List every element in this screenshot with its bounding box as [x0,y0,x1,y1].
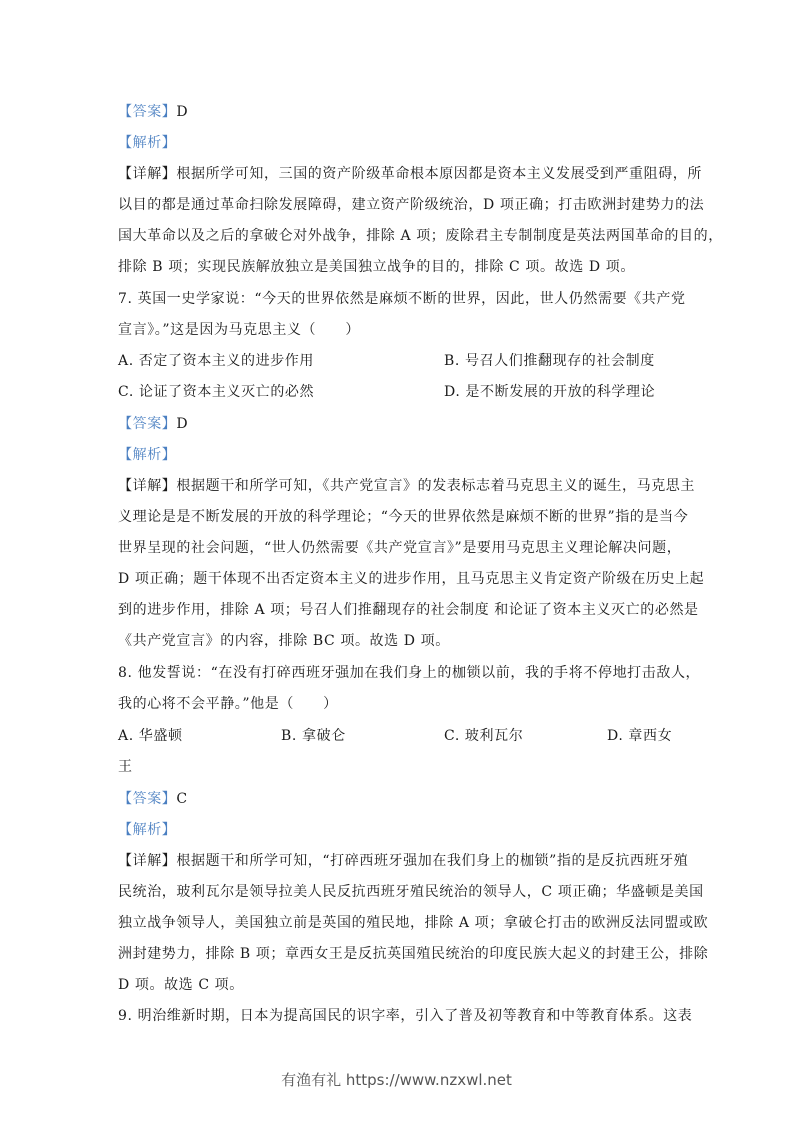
answer-line: 【答案】D [118,414,188,434]
detail-line: 独立战争领导人，美国独立前是英国的殖民地，排除 A 项；拿破仑打击的欧洲反法同盟… [118,913,708,933]
detail-line: 《共产党宣言》的内容，排除 BC 项。故选 D 项。 [118,631,450,651]
question-stem: 9. 明治维新时期，日本为提高国民的识字率，引入了普及初等教育和中等教育体系。这… [118,1006,692,1026]
option-b: B. 拿破仑 [281,726,346,746]
detail-label: 【详解】 [118,166,176,182]
option-a: A. 华盛顿 [118,726,183,746]
answer-value: C [176,791,187,807]
detail-line: 【详解】根据题干和所学可知，“打碎西班牙强加在我们身上的枷锁”指的是反抗西班牙殖 [118,851,688,871]
detail-line: 以目的都是通过革命扫除发展障碍，建立资产阶级统治，D 项正确；打击欧洲封建势力的… [118,195,704,215]
analysis-label: 【解析】 [118,133,176,153]
option-d-wrap: 王 [118,757,133,777]
option-c: C. 玻利瓦尔 [444,726,523,746]
option-d: D. 是不断发展的开放的科学理论 [444,382,655,402]
analysis-label: 【解析】 [118,820,176,840]
option-b: B. 号召人们推翻现存的社会制度 [444,351,655,371]
answer-label: 【答案】 [118,791,176,807]
option-a: A. 否定了资本主义的进步作用 [118,351,314,371]
detail-label: 【详解】 [118,478,176,494]
question-stem: 7. 英国一史学家说：“今天的世界依然是麻烦不断的世界，因此，世人仍然需要《共产… [118,289,686,309]
answer-value: D [176,416,188,432]
detail-line: D 项。故选 C 项。 [118,975,244,995]
detail-line: 【详解】根据题干和所学可知，《共产党宣言》的发表标志着马克思主义的诞生，马克思主 [118,476,695,496]
answer-value: D [176,104,188,120]
question-stem: 宣言》。”这是因为马克思主义（ ） [118,320,360,340]
answer-label: 【答案】 [118,416,176,432]
option-d: D. 章西女 [607,726,672,746]
detail-line: 洲封建势力，排除 B 项；章西女王是反抗英国殖民统治的印度民族大起义的封建王公，… [118,944,708,964]
answer-line: 【答案】D [118,102,188,122]
detail-line: 【详解】根据所学可知，三国的资产阶级革命根本原因都是资本主义发展受到严重阻碍，所 [118,164,702,184]
question-stem: 我的心将不会平静。”他是（ ） [118,694,338,714]
detail-line: 义理论是是不断发展的开放的科学理论；“今天的世界依然是麻烦不断的世界”指的是当今 [118,507,688,527]
detail-line: 国大革命以及之后的拿破仑对外战争，排除 A 项；废除君主专制制度是英法两国革命的… [118,226,723,246]
option-c: C. 论证了资本主义灭亡的必然 [118,382,314,402]
detail-line: 排除 B 项；实现民族解放独立是美国独立战争的目的，排除 C 项。故选 D 项。 [118,257,635,277]
analysis-label: 【解析】 [118,445,176,465]
detail-line: D 项正确；题干体现不出否定资本主义的进步作用，且马克思主义肯定资产阶级在历史上… [118,569,704,589]
footer-watermark: 有渔有礼 https://www.nzxwl.net [0,1069,793,1090]
detail-line: 民统治，玻利瓦尔是领导拉美人民反抗西班牙殖民统治的领导人，C 项正确；华盛顿是美… [118,882,704,902]
answer-label: 【答案】 [118,104,176,120]
answer-line: 【答案】C [118,789,188,809]
detail-line: 世界呈现的社会问题，“世人仍然需要《共产党宣言》”是要用马克思主义理论解决问题， [118,538,681,558]
detail-line: 到的进步作用，排除 A 项；号召人们推翻现存的社会制度 和论证了资本主义灭亡的必… [118,600,699,620]
question-stem: 8. 他发誓说：“在没有打碎西班牙强加在我们身上的枷锁以前，我的手将不停地打击敌… [118,663,700,683]
detail-label: 【详解】 [118,853,176,869]
